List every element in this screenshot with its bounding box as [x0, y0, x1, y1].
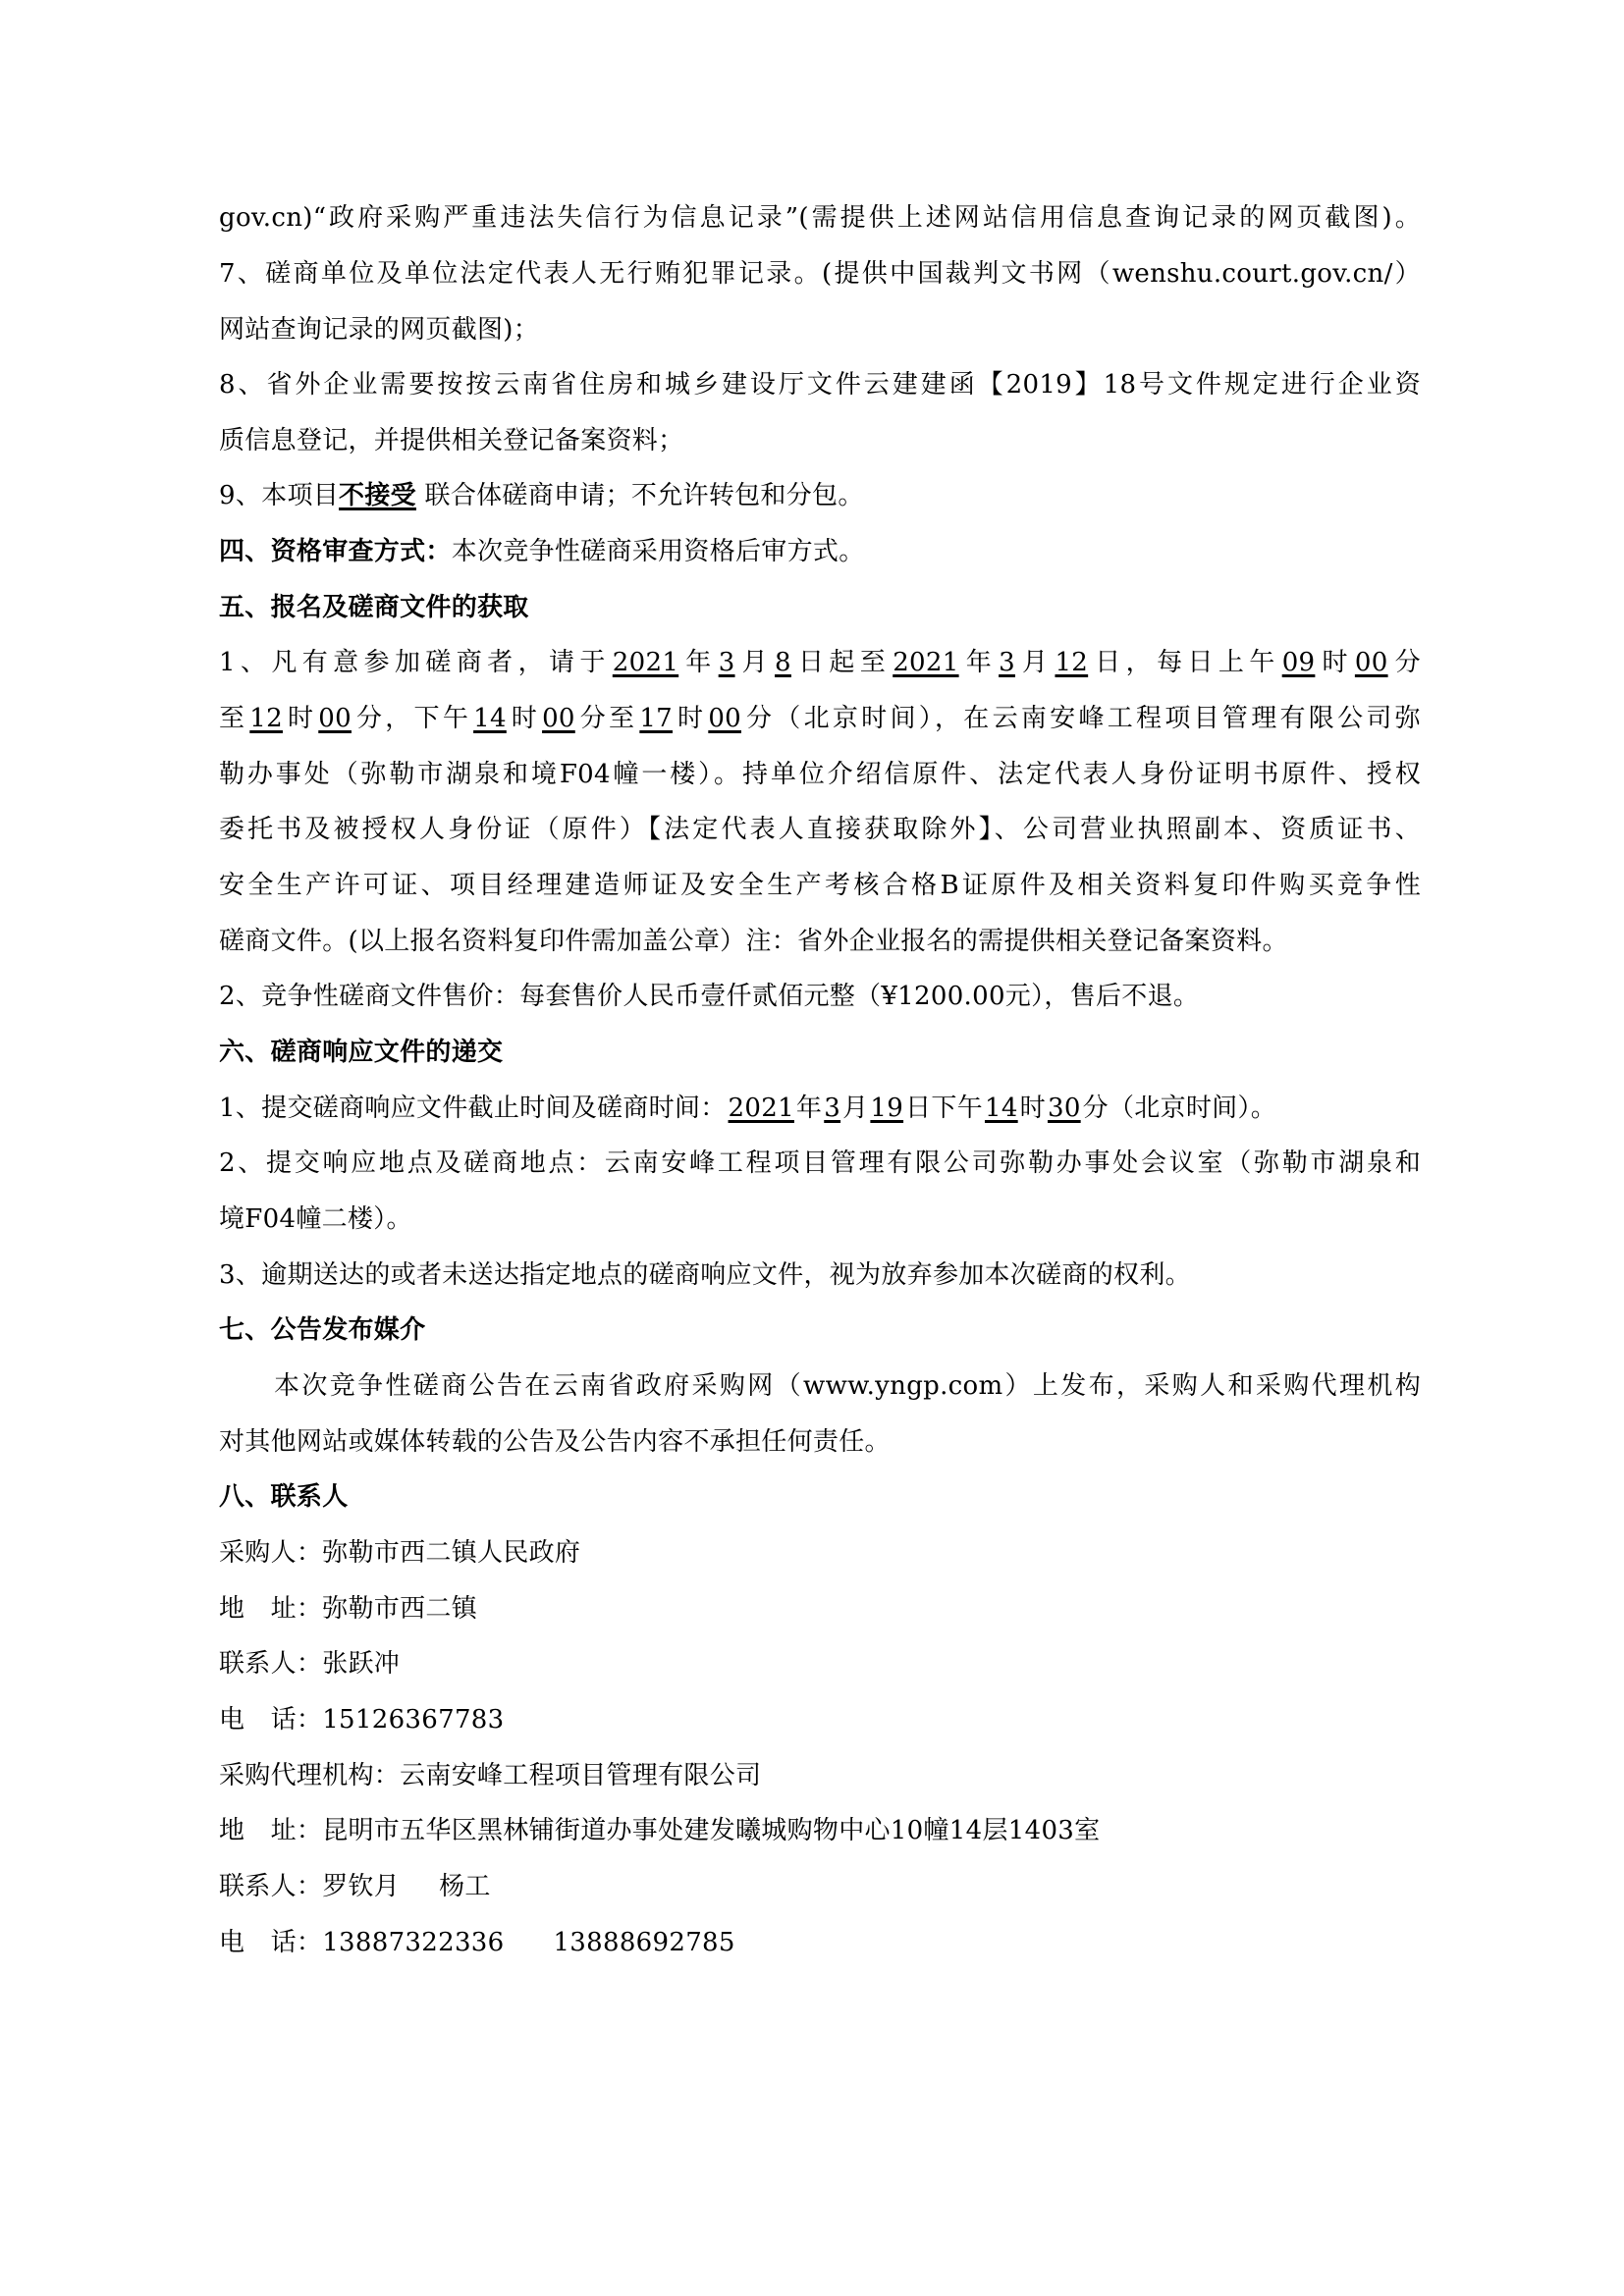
text: 分，下午 [353, 704, 471, 733]
text: 1、凡有意参加磋商者，请于 [219, 648, 611, 677]
am-start-hour: 09 [1280, 648, 1318, 677]
item9-suffix: 联合体磋商申请；不允许转包和分包。 [416, 481, 864, 510]
item6-continuation: gov.cn)“政府采购严重违法失信行为信息记录”(需提供上述网站信用信息查询记… [219, 198, 1421, 238]
section4-text: 本次竞争性磋商采用资格后审方式。 [452, 537, 865, 566]
section4-heading: 四、资格审查方式： [219, 537, 452, 566]
label: 地 址： [219, 1594, 322, 1624]
purchaser-phone: 电 话：15126367783 [219, 1700, 1421, 1739]
label: 电 话： [219, 1928, 322, 1957]
value: 罗钦月 [322, 1872, 400, 1901]
label: 电 话： [219, 1705, 322, 1735]
purchaser-address: 地 址：弥勒市西二镇 [219, 1589, 1421, 1629]
item7-line1: 7、磋商单位及单位法定代表人无行贿犯罪记录。(提供中国裁判文书网（wenshu.… [219, 254, 1421, 294]
text: 时 [509, 704, 540, 733]
start-year: 2021 [611, 648, 680, 677]
deadline-minute: 30 [1046, 1094, 1083, 1123]
end-month: 3 [997, 648, 1017, 677]
text: 日，每日上午 [1090, 648, 1280, 677]
am-end-hour: 12 [247, 704, 285, 733]
section5-heading: 五、报名及磋商文件的获取 [219, 588, 1421, 627]
value: 15126367783 [322, 1705, 504, 1735]
item9: 9、本项目不接受 联合体磋商申请；不允许转包和分包。 [219, 476, 1421, 515]
pm-start-hour: 14 [471, 704, 509, 733]
section6-p2-line1: 2、提交响应地点及磋商地点：云南安峰工程项目管理有限公司弥勒办事处会议室（弥勒市… [219, 1144, 1421, 1183]
am-start-minute: 00 [1353, 648, 1390, 677]
text: 月 [842, 1094, 868, 1123]
text: 时 [1020, 1094, 1046, 1123]
label: 采购代理机构： [219, 1761, 400, 1790]
pm-start-minute: 00 [540, 704, 577, 733]
value: 弥勒市西二镇 [322, 1594, 477, 1624]
value: 张跃冲 [322, 1649, 400, 1679]
agency-contact: 联系人：罗钦月杨工 [219, 1867, 1421, 1906]
item9-emphasis: 不接受 [339, 481, 416, 510]
text: 1、提交磋商响应文件截止时间及磋商时间： [219, 1094, 727, 1123]
section4: 四、资格审查方式：本次竞争性磋商采用资格后审方式。 [219, 532, 1421, 571]
section5-p1-line3: 勒办事处（弥勒市湖泉和境F04幢一楼）。持单位介绍信原件、法定代表人身份证明书原… [219, 755, 1421, 794]
section7-line1: 本次竞争性磋商公告在云南省政府采购网（www.yngp.com）上发布，采购人和… [219, 1366, 1421, 1406]
text: 日起至 [793, 648, 891, 677]
text: 分至 [577, 704, 638, 733]
text: 分 [1390, 648, 1421, 677]
section5-p1-line6: 磋商文件。(以上报名资料复印件需加盖公章）注：省外企业报名的需提供相关登记备案资… [219, 922, 1421, 961]
item7-line2: 网站查询记录的网页截图)； [219, 310, 1421, 349]
deadline-day: 19 [868, 1094, 905, 1123]
purchaser-contact: 联系人：张跃冲 [219, 1644, 1421, 1683]
text: 分（北京时间）。 [1083, 1094, 1276, 1123]
section6-p1: 1、提交磋商响应文件截止时间及磋商时间：2021年3月19日下午14时30分（北… [219, 1089, 1421, 1128]
value: 杨工 [439, 1872, 491, 1901]
document-page: gov.cn)“政府采购严重违法失信行为信息记录”(需提供上述网站信用信息查询记… [0, 0, 1624, 2296]
agency-address: 地 址：昆明市五华区黑林铺街道办事处建发曦城购物中心10幢14层1403室 [219, 1811, 1421, 1850]
section5-p1-line1: 1、凡有意参加磋商者，请于2021年3月8日起至2021年3月12日，每日上午0… [219, 643, 1421, 682]
label: 采购人： [219, 1538, 322, 1568]
section6-p3: 3、逾期送达的或者未送达指定地点的磋商响应文件，视为放弃参加本次磋商的权利。 [219, 1255, 1421, 1295]
section6-heading: 六、磋商响应文件的递交 [219, 1033, 1421, 1072]
value: 13888692785 [553, 1928, 734, 1957]
deadline-hour: 14 [983, 1094, 1020, 1123]
end-day: 12 [1053, 648, 1090, 677]
text: 年 [796, 1094, 822, 1123]
text: 年 [961, 648, 998, 677]
am-end-minute: 00 [316, 704, 353, 733]
section7-heading: 七、公告发布媒介 [219, 1310, 1421, 1350]
value: 云南安峰工程项目管理有限公司 [400, 1761, 761, 1790]
section7-line2: 对其他网站或媒体转载的公告及公告内容不承担任何责任。 [219, 1422, 1421, 1462]
deadline-month: 3 [822, 1094, 842, 1123]
text: 至 [219, 704, 247, 733]
start-day: 8 [773, 648, 793, 677]
text: 时 [675, 704, 706, 733]
text: 月 [1017, 648, 1054, 677]
item8-line2: 质信息登记，并提供相关登记备案资料； [219, 421, 1421, 460]
section5-p1-line5: 安全生产许可证、项目经理建造师证及安全生产考核合格B证原件及相关资料复印件购买竞… [219, 866, 1421, 905]
start-month: 3 [717, 648, 737, 677]
text: 时 [285, 704, 316, 733]
section5-p1-line2: 至12时00分，下午14时00分至17时00分（北京时间），在云南安峰工程项目管… [219, 699, 1421, 738]
section8-heading: 八、联系人 [219, 1477, 1421, 1517]
pm-end-hour: 17 [637, 704, 675, 733]
text: 年 [680, 648, 717, 677]
item8-line1: 8、省外企业需要按按云南省住房和城乡建设厅文件云建建函【2019】18号文件规定… [219, 365, 1421, 404]
value: 昆明市五华区黑林铺街道办事处建发曦城购物中心10幢14层1403室 [322, 1816, 1100, 1845]
purchaser-name: 采购人：弥勒市西二镇人民政府 [219, 1533, 1421, 1573]
section5-p2: 2、竞争性磋商文件售价：每套售价人民币壹仟贰佰元整（¥1200.00元），售后不… [219, 977, 1421, 1016]
label: 联系人： [219, 1649, 322, 1679]
agency-phone: 电 话：1388732233613888692785 [219, 1923, 1421, 1962]
end-year: 2021 [891, 648, 960, 677]
text: 分（北京时间），在云南安峰工程项目管理有限公司弥 [743, 704, 1421, 733]
value: 弥勒市西二镇人民政府 [322, 1538, 580, 1568]
agency-name: 采购代理机构：云南安峰工程项目管理有限公司 [219, 1756, 1421, 1795]
label: 联系人： [219, 1872, 322, 1901]
text: 月 [737, 648, 774, 677]
pm-end-minute: 00 [706, 704, 743, 733]
text: 时 [1317, 648, 1353, 677]
label: 地 址： [219, 1816, 322, 1845]
section5-p1-line4: 委托书及被授权人身份证（原件）【法定代表人直接获取除外】、公司营业执照副本、资质… [219, 810, 1421, 849]
value: 13887322336 [322, 1928, 504, 1957]
section6-p2-line2: 境F04幢二楼）。 [219, 1200, 1421, 1239]
item9-prefix: 9、本项目 [219, 481, 339, 510]
text: 日下午 [905, 1094, 983, 1123]
deadline-year: 2021 [727, 1094, 796, 1123]
